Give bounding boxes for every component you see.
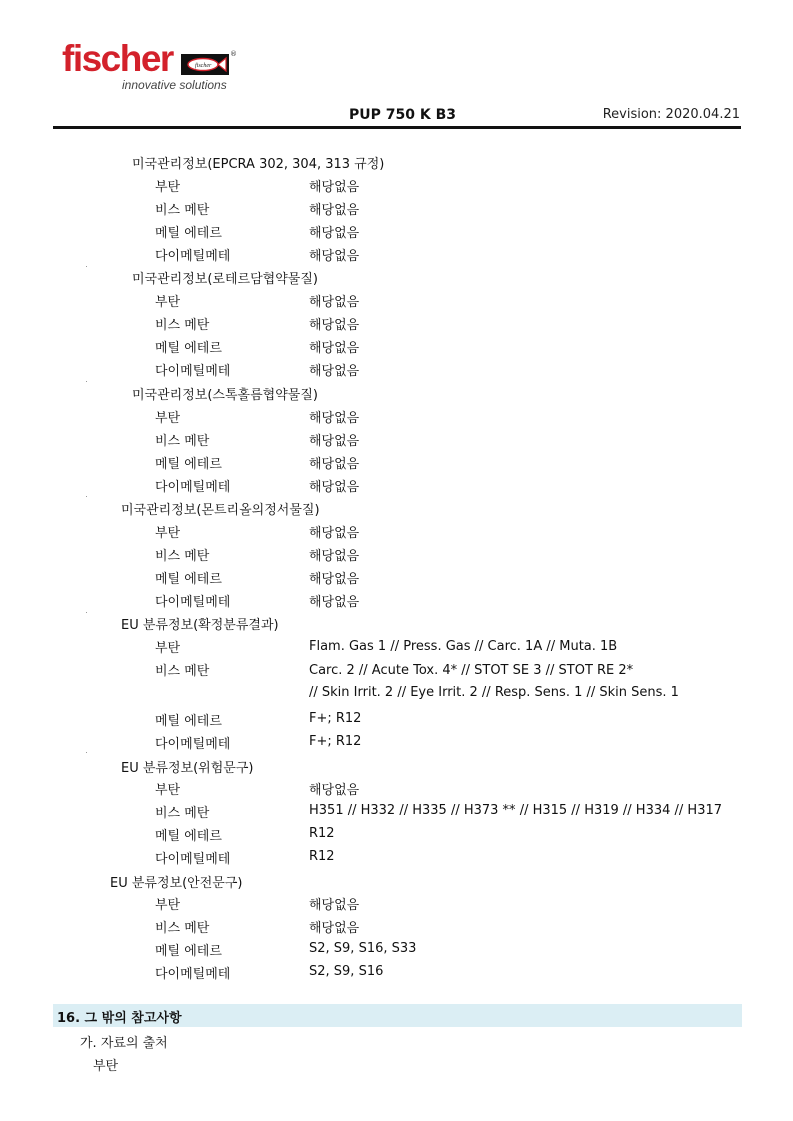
item-value: 해당없음 xyxy=(309,245,359,264)
item-value: 해당없음 xyxy=(309,779,359,798)
item-name: 메틸 에테르 xyxy=(155,825,222,844)
item-name: 다이메틸메테 xyxy=(155,848,230,867)
item-value: 해당없음 xyxy=(309,894,359,913)
item-name: 부탄 xyxy=(155,894,180,913)
item-name: 비스 메탄 xyxy=(155,660,209,679)
item-value: R12 xyxy=(309,849,335,864)
item-value: 해당없음 xyxy=(309,522,359,541)
item-name: 메틸 에테르 xyxy=(155,453,222,472)
item-name: 메틸 에테르 xyxy=(155,222,222,241)
item-value: Carc. 2 // Acute Tox. 4* // STOT SE 3 //… xyxy=(309,663,633,678)
group-title-epcra: 미국관리정보(EPCRA 302, 304, 313 규정) xyxy=(132,153,384,172)
item-name: 비스 메탄 xyxy=(155,430,209,449)
margin-mark xyxy=(86,381,87,382)
item-name: 부탄 xyxy=(155,291,180,310)
item-value: F+; R12 xyxy=(309,734,361,749)
item-value: 해당없음 xyxy=(309,360,359,379)
item-value: 해당없음 xyxy=(309,476,359,495)
item-name: 다이메틸메테 xyxy=(155,733,230,752)
logo-tagline: innovative solutions xyxy=(122,78,227,92)
item-value: R12 xyxy=(309,826,335,841)
item-name: 메틸 에테르 xyxy=(155,337,222,356)
item-value: H351 // H332 // H335 // H373 ** // H315 … xyxy=(309,803,722,818)
svg-text:fischer: fischer xyxy=(195,62,212,69)
item-value: S2, S9, S16, S33 xyxy=(309,941,416,956)
item-name: 메틸 에테르 xyxy=(155,940,222,959)
item-name: 비스 메탄 xyxy=(155,917,209,936)
margin-mark xyxy=(86,752,87,753)
item-value: 해당없음 xyxy=(309,291,359,310)
item-name: 메틸 에테르 xyxy=(155,568,222,587)
item-name: 비스 메탄 xyxy=(155,545,209,564)
item-name: 부탄 xyxy=(155,637,180,656)
item-name: 부탄 xyxy=(155,522,180,541)
item-value: 해당없음 xyxy=(309,568,359,587)
registered-mark: ® xyxy=(230,50,237,58)
source-item: 부탄 xyxy=(93,1055,118,1074)
item-name: 부탄 xyxy=(155,779,180,798)
item-value: F+; R12 xyxy=(309,711,361,726)
section-16-header: 16. 그 밖의 참고사항 xyxy=(53,1004,742,1027)
item-value-continued: // Skin Irrit. 2 // Eye Irrit. 2 // Resp… xyxy=(309,685,679,700)
revision-date: Revision: 2020.04.21 xyxy=(603,107,740,122)
item-name: 비스 메탄 xyxy=(155,802,209,821)
item-value: 해당없음 xyxy=(309,407,359,426)
subheading-data-source: 가. 자료의 출처 xyxy=(80,1032,168,1051)
item-name: 다이메틸메테 xyxy=(155,591,230,610)
group-title-eu-hazard: EU 분류정보(위험문구) xyxy=(121,757,253,776)
item-name: 부탄 xyxy=(155,176,180,195)
product-name: PUP 750 K B3 xyxy=(349,107,456,123)
fish-emblem-icon: fischer xyxy=(181,54,229,75)
item-value: 해당없음 xyxy=(309,430,359,449)
group-title-eu-safety: EU 분류정보(안전문구) xyxy=(110,872,242,891)
item-name: 비스 메탄 xyxy=(155,199,209,218)
margin-mark xyxy=(86,266,87,267)
item-value: 해당없음 xyxy=(309,545,359,564)
margin-mark xyxy=(86,496,87,497)
item-value: Flam. Gas 1 // Press. Gas // Carc. 1A //… xyxy=(309,639,617,654)
item-value: 해당없음 xyxy=(309,591,359,610)
header-divider xyxy=(53,126,741,129)
item-name: 메틸 에테르 xyxy=(155,710,222,729)
item-name: 비스 메탄 xyxy=(155,314,209,333)
group-title-rotterdam: 미국관리정보(로테르담협약물질) xyxy=(132,268,318,287)
group-title-stockholm: 미국관리정보(스톡홀름협약물질) xyxy=(132,384,318,403)
item-value: 해당없음 xyxy=(309,917,359,936)
item-value: 해당없음 xyxy=(309,453,359,472)
item-value: 해당없음 xyxy=(309,314,359,333)
margin-mark xyxy=(86,612,87,613)
item-name: 부탄 xyxy=(155,407,180,426)
item-value: 해당없음 xyxy=(309,176,359,195)
item-value: S2, S9, S16 xyxy=(309,964,383,979)
item-value: 해당없음 xyxy=(309,199,359,218)
item-name: 다이메틸메테 xyxy=(155,245,230,264)
item-name: 다이메틸메테 xyxy=(155,963,230,982)
group-title-montreal: 미국관리정보(몬트리올의정서물질) xyxy=(121,499,320,518)
item-name: 다이메틸메테 xyxy=(155,360,230,379)
item-name: 다이메틸메테 xyxy=(155,476,230,495)
group-title-eu-classification: EU 분류정보(확정분류결과) xyxy=(121,614,279,633)
item-value: 해당없음 xyxy=(309,337,359,356)
logo-wordmark: fischer xyxy=(62,40,173,77)
item-value: 해당없음 xyxy=(309,222,359,241)
section-title: 16. 그 밖의 참고사항 xyxy=(57,1007,182,1026)
